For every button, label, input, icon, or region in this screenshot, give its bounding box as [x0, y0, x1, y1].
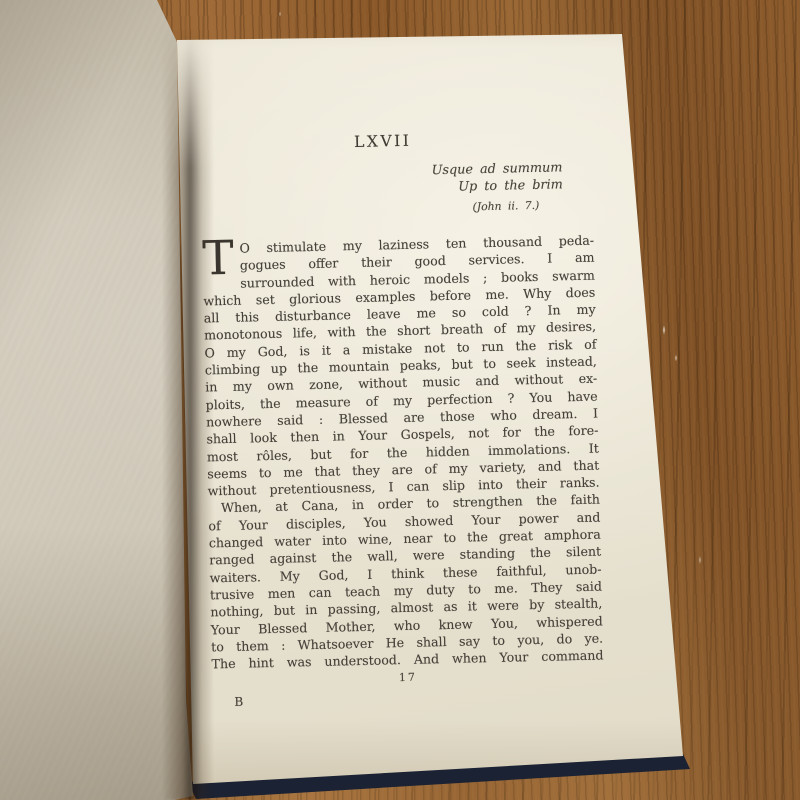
- paragraph-2-text: When, at Cana, in order to strengthen th…: [208, 492, 603, 672]
- gutter-shadow: [162, 28, 214, 800]
- epigraph-citation: (John ii. 7.): [201, 197, 539, 222]
- paragraph-2: When, at Cana, in order to strengthen th…: [208, 491, 604, 673]
- printed-text-block: LXVII Usque ad summum Up to the brim (Jo…: [199, 122, 604, 710]
- paragraph-1: TO stimulate my laziness ten thousand pe…: [202, 232, 600, 500]
- printer-signature-mark: B: [212, 687, 604, 710]
- book-photo: LXVII Usque ad summum Up to the brim (Jo…: [0, 0, 800, 800]
- chapter-heading: LXVII: [187, 128, 579, 155]
- epigraph: Usque ad summum Up to the brim (John ii.…: [200, 159, 593, 222]
- body-copy: TO stimulate my laziness ten thousand pe…: [202, 232, 604, 673]
- paragraph-1-text: O stimulate my laziness ten thousand ped…: [203, 233, 600, 499]
